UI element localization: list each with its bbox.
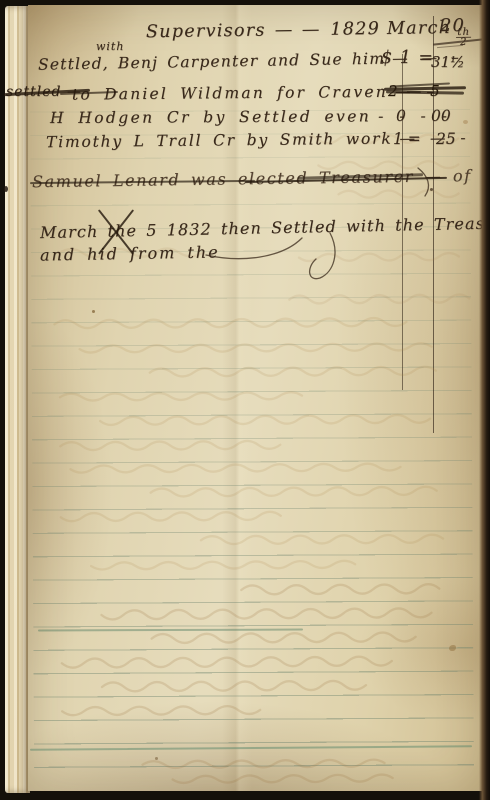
ink-speck [155, 757, 158, 760]
book-spine-edge [479, 0, 490, 800]
ink-speck [430, 188, 433, 191]
ink-speck [92, 310, 95, 313]
ink-speck [4, 186, 8, 192]
pen-flourishes [0, 0, 490, 800]
scanned-ledger-page: Supervisors— —1829 Marchth2 20 with Sett… [0, 0, 490, 800]
stain-spot [463, 120, 468, 124]
